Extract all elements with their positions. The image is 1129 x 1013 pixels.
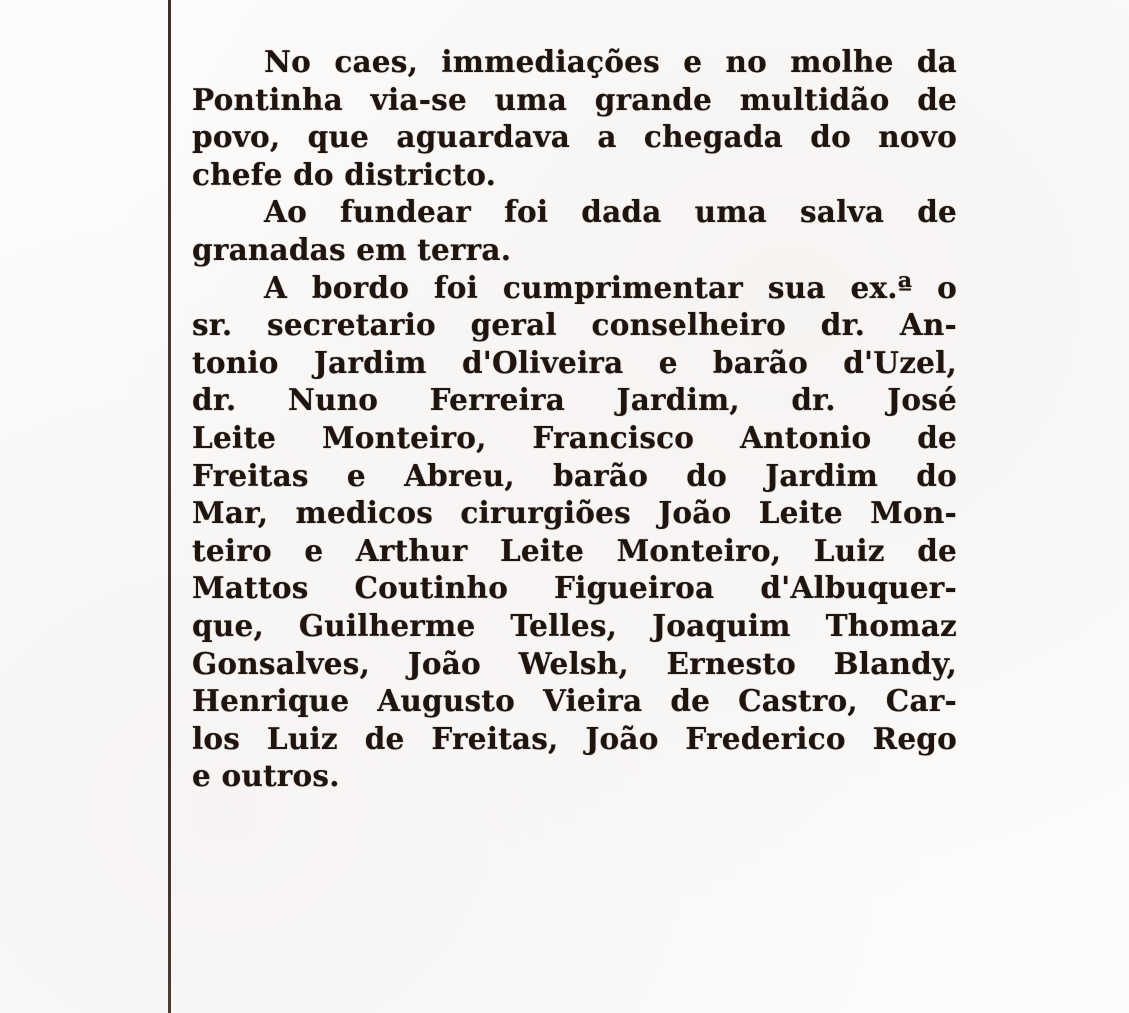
text-line: sr. secretario geral conselheiro dr. An-: [192, 306, 957, 344]
text-line: A bordo foi cumprimentar sua ex.ª o: [192, 269, 957, 307]
text-line: Gonsalves, João Welsh, Ernesto Blandy,: [192, 645, 957, 683]
text-line: Ao fundear foi dada uma salva de: [192, 193, 957, 231]
text-line: teiro e Arthur Leite Monteiro, Luiz de: [192, 532, 957, 570]
newspaper-page: No caes, immediações e no molhe da Ponti…: [0, 0, 1129, 1013]
text-line: Leite Monteiro, Francisco Antonio de: [192, 419, 957, 457]
column-rule: [168, 0, 171, 1013]
text-line: tonio Jardim d'Oliveira e barão d'Uzel,: [192, 344, 957, 382]
text-line: Mattos Coutinho Figueiroa d'Albuquer-: [192, 569, 957, 607]
text-line: Mar, medicos cirurgiões João Leite Mon-: [192, 494, 957, 532]
text-line: Henrique Augusto Vieira de Castro, Car-: [192, 682, 957, 720]
article-body: No caes, immediações e no molhe da Ponti…: [192, 43, 957, 795]
text-line: povo, que aguardava a chegada do novo: [192, 118, 957, 156]
text-line: los Luiz de Freitas, João Frederico Rego: [192, 720, 957, 758]
text-line: que, Guilherme Telles, Joaquim Thomaz: [192, 607, 957, 645]
text-line: Freitas e Abreu, barão do Jardim do: [192, 457, 957, 495]
paragraph-3: A bordo foi cumprimentar sua ex.ª o sr. …: [192, 269, 957, 795]
text-line: dr. Nuno Ferreira Jardim, dr. José: [192, 381, 957, 419]
text-line: Pontinha via-se uma grande multidão de: [192, 81, 957, 119]
paragraph-1: No caes, immediações e no molhe da Ponti…: [192, 43, 957, 193]
paragraph-2: Ao fundear foi dada uma salva de granada…: [192, 193, 957, 268]
text-line: granadas em terra.: [192, 231, 957, 269]
text-line: No caes, immediações e no molhe da: [192, 43, 957, 81]
text-line: e outros.: [192, 757, 957, 795]
text-line: chefe do districto.: [192, 156, 957, 194]
